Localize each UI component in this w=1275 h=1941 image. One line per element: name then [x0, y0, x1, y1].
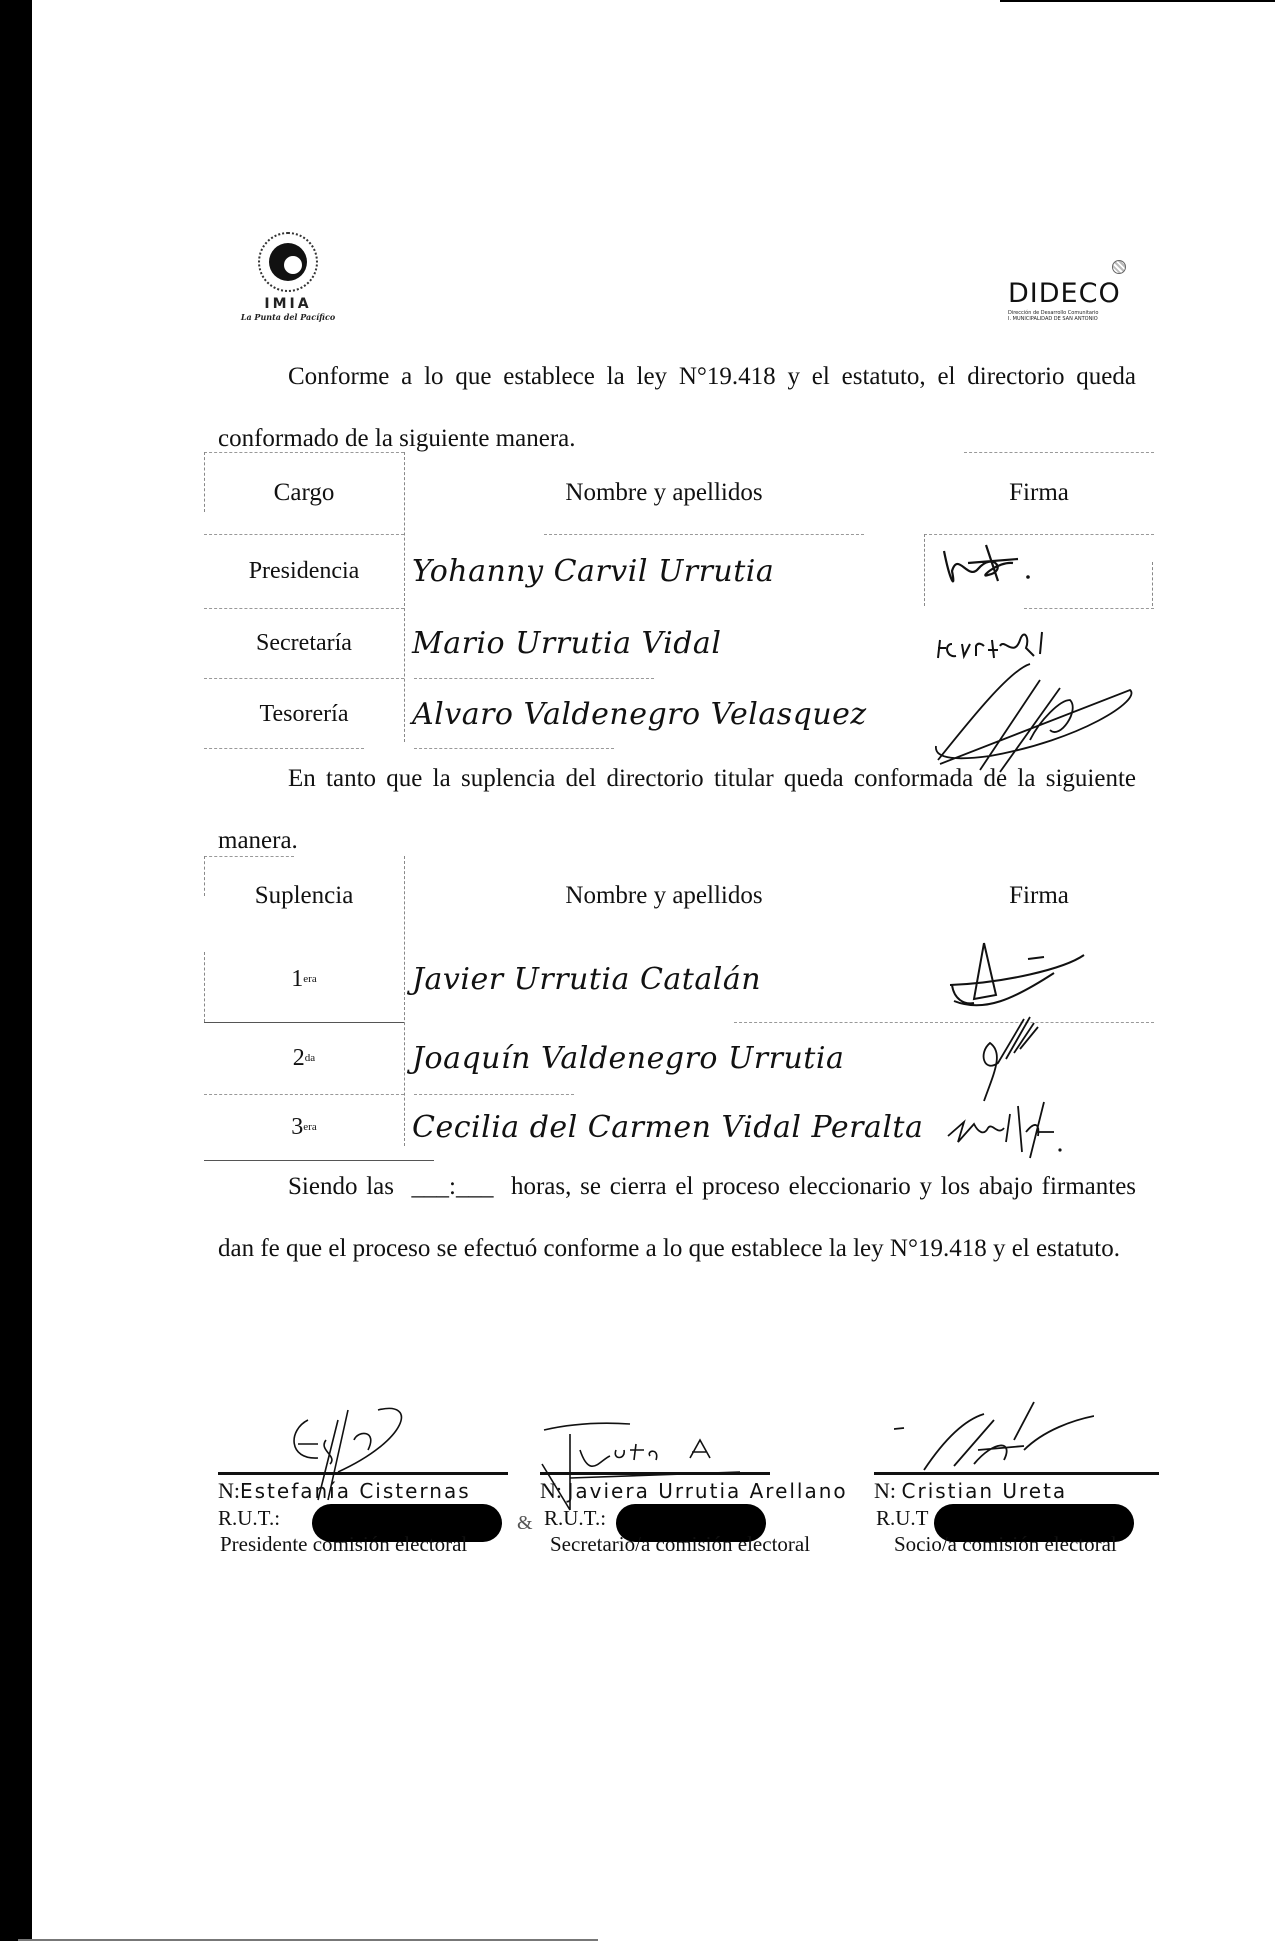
suplencia-rank: 1era: [204, 936, 404, 1022]
suplencia-paragraph: En tanto que la suplencia del directorio…: [218, 748, 1136, 872]
signatory-name: Cristian Ureta: [902, 1479, 1068, 1503]
imia-seal-icon: [258, 232, 318, 292]
table-row: 2da Joaquín Valdenegro Urrutia: [204, 1022, 1154, 1094]
cargo-cell: Presidencia: [204, 534, 404, 608]
scan-top-edge: [40, 0, 1275, 3]
signature-suplencia-1: [944, 939, 1094, 1019]
rank-number: 2: [293, 1045, 305, 1072]
signatory-name: Estefanía Cisternas: [240, 1479, 471, 1503]
stray-mark: &: [517, 1512, 533, 1535]
nombre-handwritten: Joaquín Valdenegro Urrutia: [412, 1041, 844, 1076]
signatory-role: Secretario/a comisión electoral: [550, 1532, 810, 1557]
cargo-cell: Tesorería: [204, 678, 404, 750]
signature-suplencia-2: [954, 1013, 1054, 1103]
intro-text: Conforme a lo que establece la ley N°19.…: [218, 363, 1136, 452]
suplencia-rank: 2da: [204, 1022, 404, 1094]
rut-label: R.U.T.:: [544, 1506, 606, 1531]
nombre-handwritten: Mario Urrutia Vidal: [412, 626, 721, 661]
time-blank: ___:___: [412, 1173, 494, 1200]
suplencia-rank: 3era: [204, 1094, 404, 1160]
globe-icon: [1112, 260, 1126, 274]
header-cargo: Cargo: [204, 452, 404, 534]
imia-tagline: La Punta del Pacífico: [218, 312, 358, 322]
header-suplencia: Suplencia: [204, 856, 404, 936]
imia-brand: IMIA: [218, 296, 358, 312]
closing-prefix: Siendo las: [288, 1173, 394, 1200]
rank-suffix: da: [305, 1052, 315, 1064]
header-firma: Firma: [924, 856, 1154, 936]
signature-member: [894, 1400, 1094, 1480]
rut-label: R.U.T: [876, 1506, 929, 1531]
imia-logo: IMIA La Punta del Pacífico: [218, 232, 358, 332]
dideco-subtitle-line2: I. MUNICIPALIDAD DE SAN ANTONIO: [1008, 316, 1098, 322]
signature-presidencia: [938, 541, 1058, 601]
dideco-logo: DIDECO Dirección de Desarrollo Comunitar…: [1008, 260, 1138, 330]
table-row: 3era Cecilia del Carmen Vidal Peralta: [204, 1094, 1154, 1160]
name-label: N:: [218, 1478, 240, 1503]
name-label: N:: [540, 1478, 562, 1503]
dideco-subtitle: Dirección de Desarrollo Comunitario I. M…: [1008, 310, 1098, 322]
dideco-brand: DIDECO: [1008, 278, 1121, 309]
nombre-handwritten: Alvaro Valdenegro Velasquez: [412, 697, 867, 732]
suplencia-text: En tanto que la suplencia del directorio…: [218, 765, 1136, 854]
nombre-handwritten: Javier Urrutia Catalán: [412, 962, 761, 997]
scan-left-edge-shadow: [0, 0, 32, 1941]
signatory-role: Presidente comisión electoral: [220, 1532, 467, 1557]
dideco-wordmark: DIDECO: [1008, 278, 1121, 309]
signature-suplencia-3: [944, 1092, 1084, 1162]
rank-number: 3: [291, 1114, 303, 1141]
nombre-handwritten: Yohanny Carvil Urrutia: [412, 554, 774, 589]
table-row: Presidencia Yohanny Carvil Urrutia: [204, 534, 1154, 608]
table-header-row: Cargo Nombre y apellidos Firma: [204, 452, 1154, 534]
header-nombre: Nombre y apellidos: [404, 856, 924, 936]
rank-suffix: era: [303, 1121, 316, 1133]
rank-suffix: era: [303, 973, 316, 985]
header-firma: Firma: [924, 452, 1154, 534]
table-row: 1era Javier Urrutia Catalán: [204, 936, 1154, 1022]
nombre-handwritten: Cecilia del Carmen Vidal Peralta: [412, 1110, 923, 1145]
signatory-role: Socio/a comisión electoral: [894, 1532, 1117, 1557]
header-nombre: Nombre y apellidos: [404, 452, 924, 534]
cargo-cell: Secretaría: [204, 608, 404, 678]
signatory-name: Javiera Urrutia Arellano: [568, 1479, 848, 1503]
suplencia-table: Suplencia Nombre y apellidos Firma 1era …: [204, 856, 1154, 1152]
table-header-row: Suplencia Nombre y apellidos Firma: [204, 856, 1154, 936]
rut-label: R.U.T.:: [218, 1506, 280, 1531]
closing-paragraph: Siendo las ___:___ horas, se cierra el p…: [218, 1156, 1136, 1280]
rank-number: 1: [291, 966, 303, 993]
name-label: N:: [874, 1478, 896, 1503]
